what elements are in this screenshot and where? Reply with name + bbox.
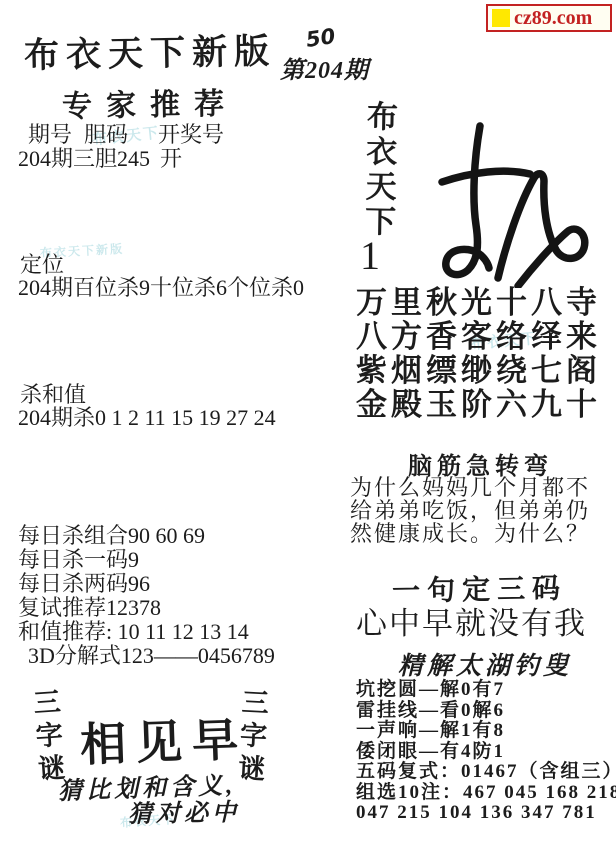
daily-line: 和值推荐: 10 11 12 13 14 [18, 620, 275, 644]
dingwei-line: 204期百位杀9十位杀6个位杀0 [18, 271, 304, 302]
poem-line: 万里秋光十八寺 [356, 286, 601, 320]
expert-row-danma: 204期三胆245 [18, 142, 150, 173]
brainteaser-line: 给弟弟吃饭，但弟弟仍 [350, 499, 590, 522]
brand-number: 1 [360, 232, 380, 279]
three-char-riddle-answer: 相见早 [79, 703, 249, 775]
taihu-clue: 一声响—解1有8 [356, 721, 616, 742]
brainteaser-line: 为什么妈妈几个月都不 [350, 476, 590, 499]
taihu-clue: 坑挖圆—解0有7 [356, 680, 616, 701]
daily-line: 每日杀组合90 60 69 [18, 524, 275, 548]
yellow-square-icon [492, 9, 510, 27]
daily-line: 每日杀两码96 [18, 572, 275, 596]
riddle-note-line2: 猜对必中 [128, 792, 241, 829]
daily-line: 每日杀一码9 [18, 548, 275, 572]
poem-block: 万里秋光十八寺 八方香客络绎来 紫烟缥缈绕七阁 金殿玉阶六九十 [356, 286, 601, 422]
cz89-logo-text: cz89.com [514, 7, 592, 30]
expert-row-result: 开 [160, 142, 182, 173]
handwritten-note-50: 50 [304, 24, 336, 52]
daily-line: 3D分解式123——0456789 [18, 644, 275, 668]
zuxuan-line: 047 215 104 136 347 781 [356, 803, 616, 824]
zuxuan-line: 组选10注：467 045 168 218 [356, 783, 616, 804]
daily-kill-block: 每日杀组合90 60 69 每日杀一码9 每日杀两码96 复试推荐12378 和… [18, 524, 275, 668]
poem-line: 金殿玉阶六九十 [356, 388, 601, 422]
issue-number: 第204期 [280, 50, 369, 85]
three-char-riddle-label-right: 三字谜 [229, 687, 273, 788]
taihu-clues-block: 坑挖圆—解0有7 雷挂线—看0解6 一声响—解1有8 倭闭眼—有4防1 五码复式… [356, 680, 616, 824]
daily-line: 复试推荐12378 [18, 596, 275, 620]
sheet-title: 布衣天下新版 [24, 24, 277, 78]
poem-line: 八方香客络绎来 [356, 320, 601, 354]
wuma-line: 五码复式：01467（含组三） [356, 762, 616, 783]
brainteaser-text: 为什么妈妈几个月都不 给弟弟吃饭，但弟弟仍 然健康成长。为什么？ [350, 476, 590, 545]
taihu-heading: 精解太湖钓叟 [398, 646, 572, 682]
taihu-clue: 倭闭眼—有4防1 [356, 742, 616, 763]
cz89-logo[interactable]: cz89.com [486, 4, 612, 32]
handwritten-scribble [432, 120, 612, 288]
lottery-sheet-page: 布衣天下 布衣天下新版 布衣天下 布衣天下 cz89.com 布衣天下新版 50… [0, 0, 616, 846]
one-sentence-line: 心中早就没有我 [356, 598, 587, 643]
kill-sum-line: 204期杀0 1 2 11 15 19 27 24 [18, 401, 276, 432]
poem-line: 紫烟缥缈绕七阁 [356, 354, 601, 388]
brand-vertical-text: 布衣天下 [355, 100, 402, 241]
brainteaser-line: 然健康成长。为什么？ [350, 522, 590, 545]
taihu-clue: 雷挂线—看0解6 [356, 701, 616, 722]
